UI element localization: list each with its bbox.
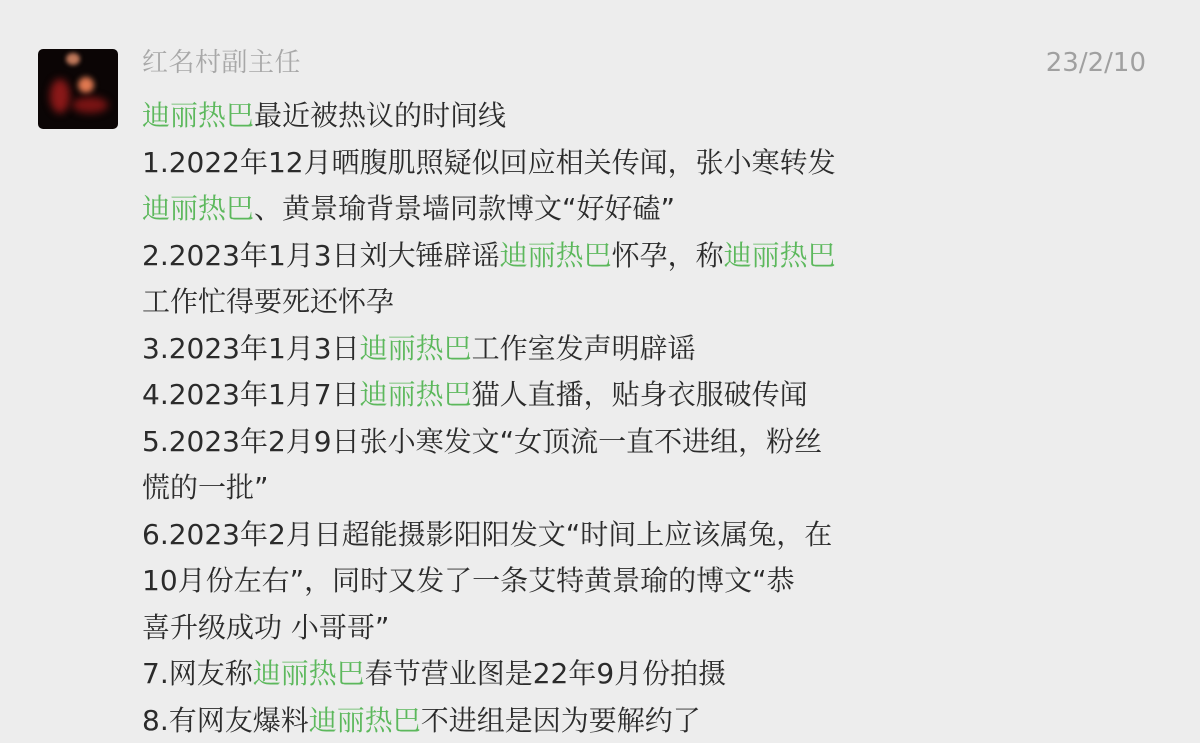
avatar-image-icon [66,53,80,65]
mention-link[interactable]: 迪丽热巴 [500,239,612,272]
avatar-image-detail [50,79,70,113]
comment-text: 最近被热议的时间线 [254,99,506,132]
comment-text: 春节营业图是22年9月份拍摄 [365,657,726,690]
comment-text: 喜升级成功 小哥哥” [142,611,389,644]
mention-link[interactable]: 迪丽热巴 [253,657,365,690]
comment-text-line: 8.有网友爆料迪丽热巴不进组是因为要解约了 [142,698,962,743]
username-link[interactable]: 红名村副主任 [142,46,301,80]
comment-text-line: 7.网友称迪丽热巴春节营业图是22年9月份拍摄 [142,651,962,698]
comment-text: 猫人直播，贴身衣服破传闻 [472,378,808,411]
comment-text: 不进组是因为要解约了 [421,704,701,737]
comment-text: 3.2023年1月3日 [142,332,360,365]
comment-text: 10月份左右”，同时又发了一条艾特黄景瑜的博文“恭 [142,564,795,597]
comment-text: 4.2023年1月7日 [142,378,360,411]
comment-text: 2.2023年1月3日刘大锤辟谣 [142,239,500,272]
comment-text-line: 迪丽热巴、黄景瑜背景墙同款博文“好好磕” [142,186,962,233]
comment-text-line: 1.2022年12月晒腹肌照疑似回应相关传闻，张小寒转发 [142,140,962,187]
comment-item: 红名村副主任 23/2/10 迪丽热巴最近被热议的时间线1.2022年12月晒腹… [0,0,1200,743]
comment-text-line: 迪丽热巴最近被热议的时间线 [142,93,962,140]
comment-text: 6.2023年2月日超能摄影阳阳发文“时间上应该属兔，在 [142,518,832,551]
comment-text: 工作室发声明辟谣 [472,332,696,365]
mention-link[interactable]: 迪丽热巴 [142,99,254,132]
comment-text: 慌的一批” [142,471,269,504]
comment-timestamp: 23/2/10 [1046,46,1146,80]
avatar-image-detail [78,77,94,93]
comment-text-line: 6.2023年2月日超能摄影阳阳发文“时间上应该属兔，在 [142,512,962,559]
avatar-image-detail [72,97,108,113]
mention-link[interactable]: 迪丽热巴 [724,239,836,272]
comment-text-line: 10月份左右”，同时又发了一条艾特黄景瑜的博文“恭 [142,558,962,605]
mention-link[interactable]: 迪丽热巴 [360,378,472,411]
comment-text-line: 4.2023年1月7日迪丽热巴猫人直播，贴身衣服破传闻 [142,372,962,419]
comment-text: 、黄景瑜背景墙同款博文“好好磕” [254,192,675,225]
mention-link[interactable]: 迪丽热巴 [309,704,421,737]
comment-text-line: 工作忙得要死还怀孕 [142,279,962,326]
comment-text: 7.网友称 [142,657,253,690]
comment-text-line: 2.2023年1月3日刘大锤辟谣迪丽热巴怀孕，称迪丽热巴 [142,233,962,280]
comment-text: 1.2022年12月晒腹肌照疑似回应相关传闻，张小寒转发 [142,146,836,179]
comment-body: 迪丽热巴最近被热议的时间线1.2022年12月晒腹肌照疑似回应相关传闻，张小寒转… [142,93,962,743]
comment-text: 工作忙得要死还怀孕 [142,285,394,318]
comment-text-line: 慌的一批” [142,465,962,512]
comment-text-line: 5.2023年2月9日张小寒发文“女顶流一直不进组，粉丝 [142,419,962,466]
mention-link[interactable]: 迪丽热巴 [142,192,254,225]
mention-link[interactable]: 迪丽热巴 [360,332,472,365]
comment-text: 8.有网友爆料 [142,704,309,737]
user-avatar[interactable] [38,49,118,129]
comment-text: 怀孕，称 [612,239,724,272]
comment-text: 5.2023年2月9日张小寒发文“女顶流一直不进组，粉丝 [142,425,822,458]
comment-text-line: 3.2023年1月3日迪丽热巴工作室发声明辟谣 [142,326,962,373]
comment-text-line: 喜升级成功 小哥哥” [142,605,962,652]
